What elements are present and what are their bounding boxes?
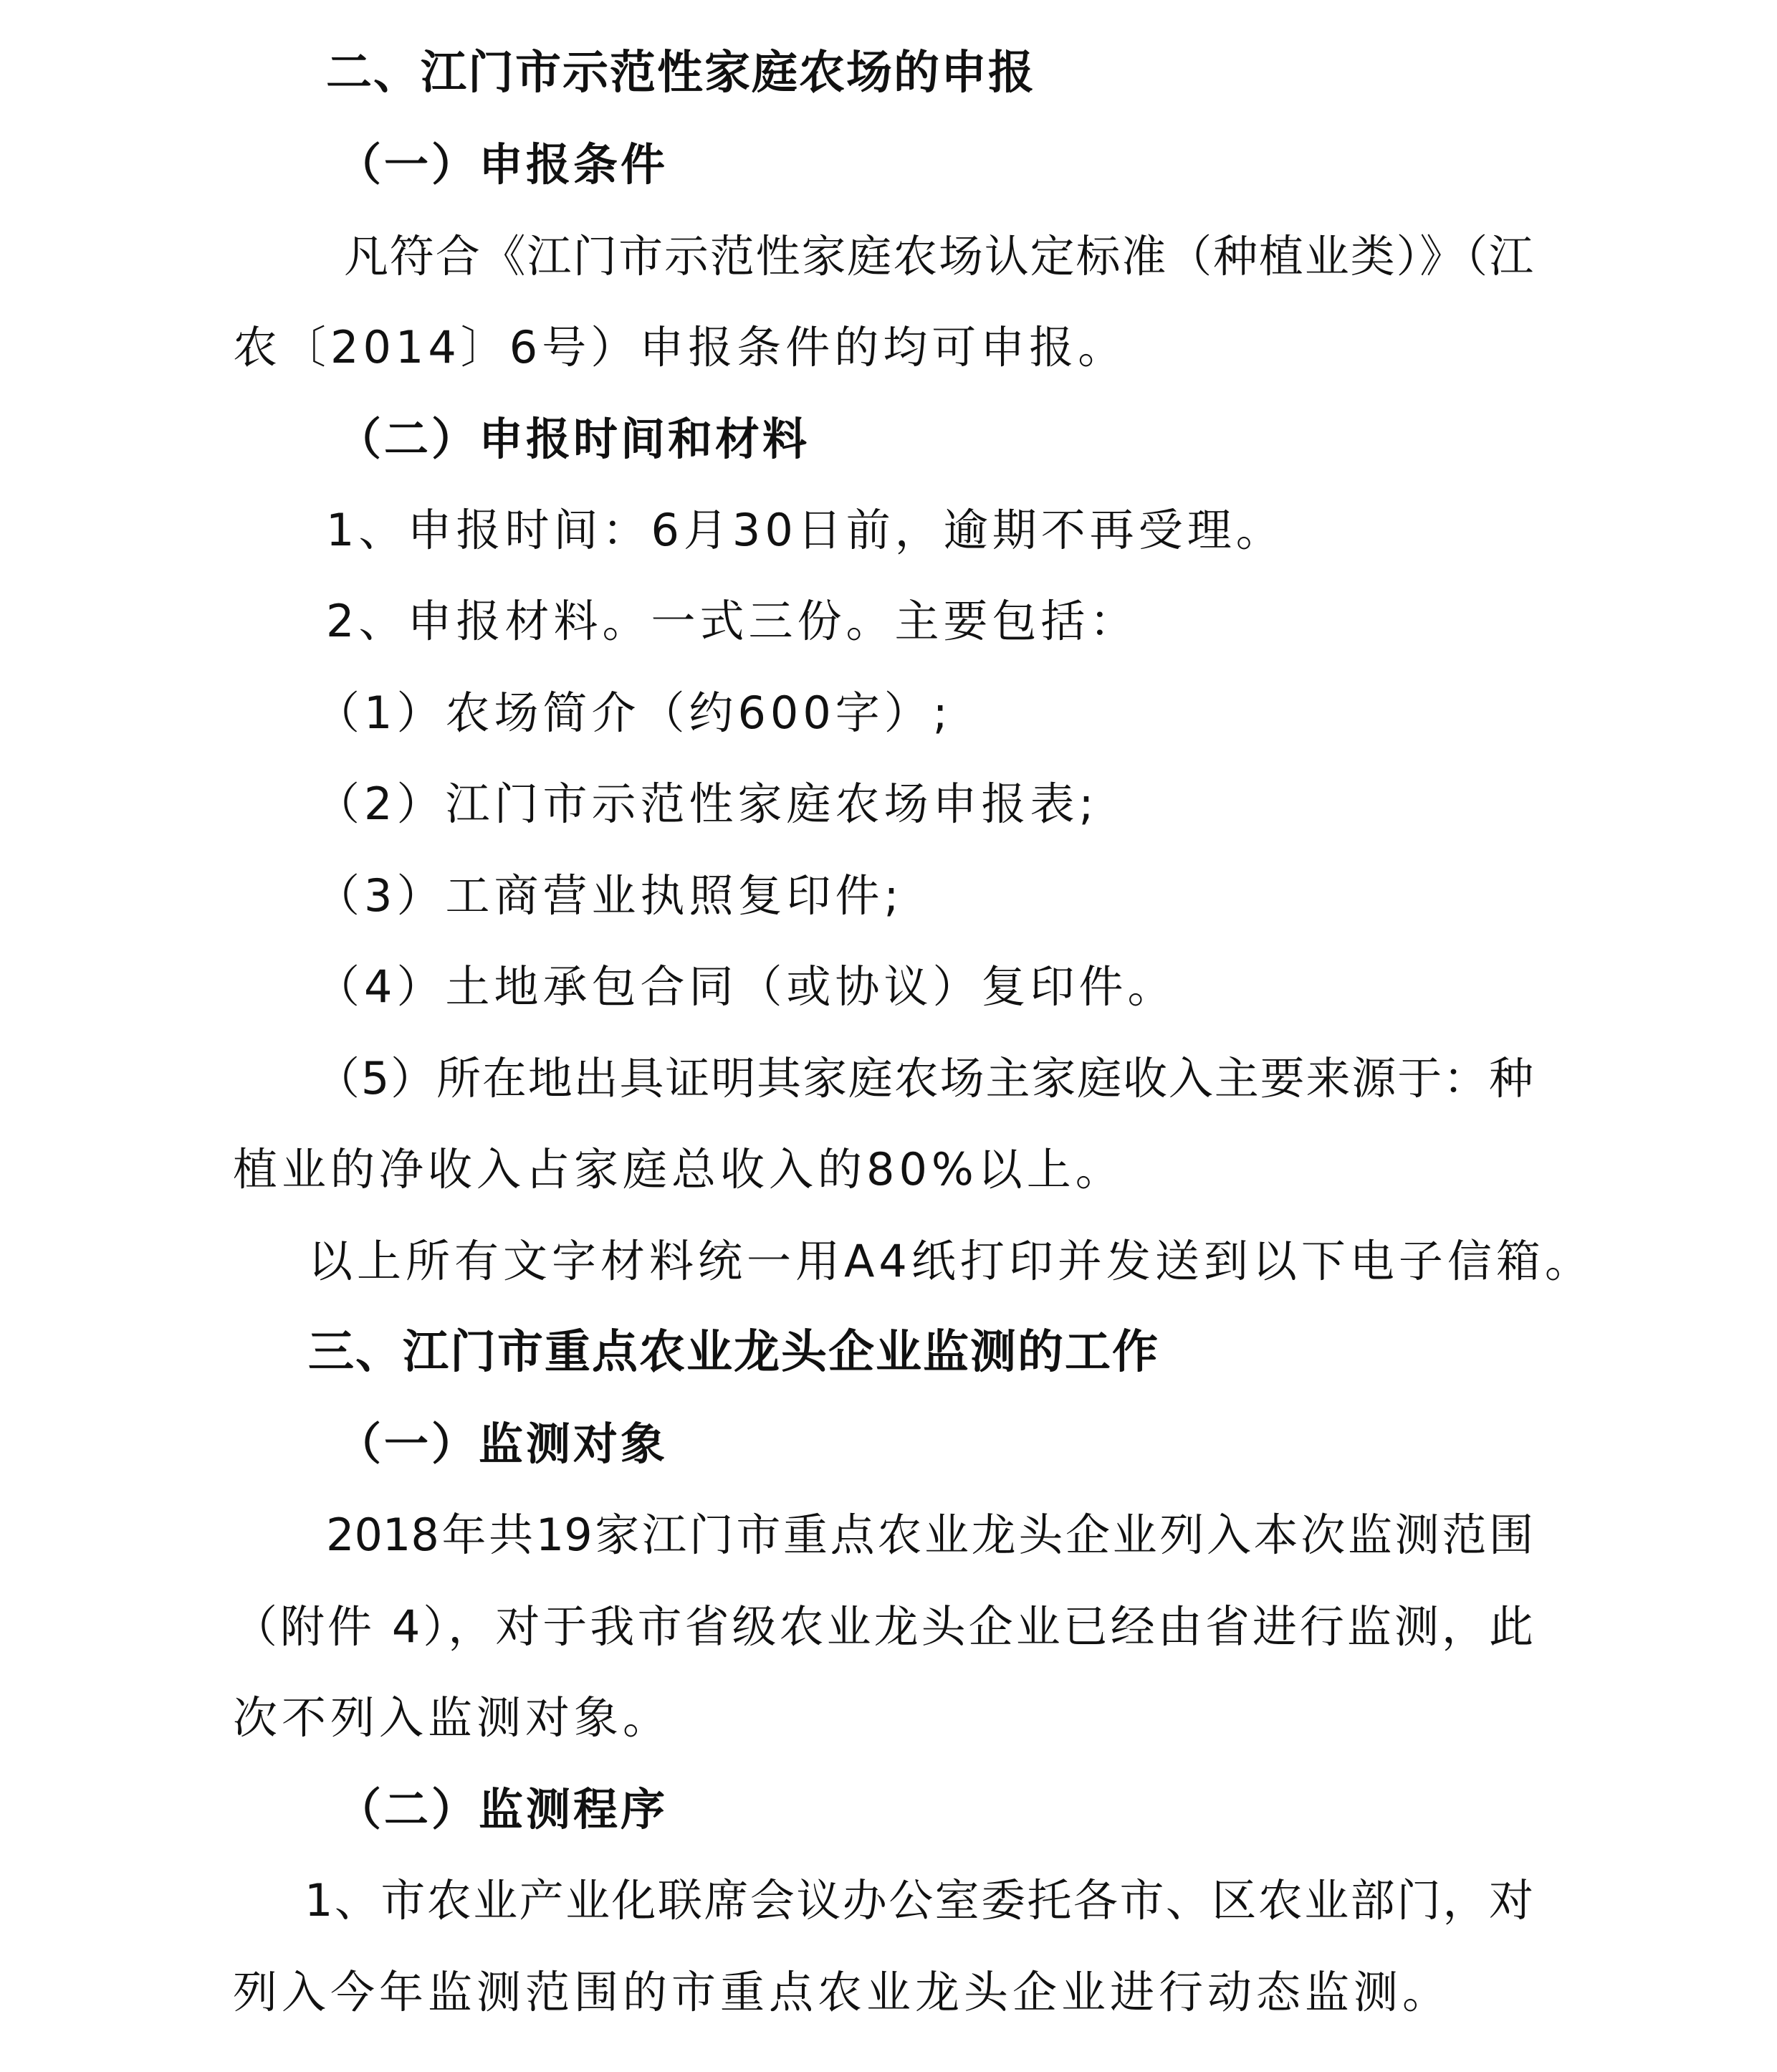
material-item: （1）农场简介（约600字）; — [315, 684, 952, 742]
section2-heading: 二、江门市示范性家庭农场的申报 — [326, 44, 1035, 102]
list-item: 1、申报时间：6月30日前，逾期不再受理。 — [326, 502, 1285, 559]
note-line: 以上所有文字材料统一用A4纸打印并发送到以下电子信箱。 — [308, 1233, 1594, 1290]
material-item: （5）所在地出具证明其家庭农场主家庭收入主要来源于：种 — [315, 1050, 1533, 1107]
paragraph-line: 1、市农业产业化联席会议办公室委托各市、区农业部门，对 — [305, 1872, 1533, 1929]
paragraph-line: 列入今年监测范围的市重点农业龙头企业进行动态监测。 — [233, 1964, 1451, 2021]
section3-heading: 三、江门市重点农业龙头企业监测的工作 — [308, 1324, 1159, 1381]
list-item: 2、申报材料。一式三份。主要包括： — [326, 593, 1138, 650]
section2-sub2-heading: （二）申报时间和材料 — [337, 411, 810, 468]
paragraph-line: （附件 4），对于我市省级农业龙头企业已经由省进行监测，此 — [233, 1598, 1533, 1656]
material-item: （4）土地承包合同（或协议）复印件。 — [315, 958, 1176, 1016]
section2-sub1-heading: （一）申报条件 — [337, 136, 668, 194]
section3-sub2-heading: （二）监测程序 — [337, 1781, 668, 1838]
material-item: （2）江门市示范性家庭农场申报表; — [315, 775, 1098, 833]
paragraph-line: 凡符合《江门市示范性家庭农场认定标准（种植业类）》（江 — [344, 228, 1533, 285]
paragraph-line: 植业的净收入占家庭总收入的80%以上。 — [233, 1141, 1124, 1198]
paragraph-line: 2018年共19家江门市重点农业龙头企业列入本次监测范围 — [326, 1507, 1533, 1564]
paragraph-line: 农〔2014〕6号）申报条件的均可申报。 — [233, 319, 1126, 376]
paragraph-line: 次不列入监测对象。 — [233, 1689, 671, 1747]
material-item: （3）工商营业执照复印件; — [315, 867, 903, 925]
section3-sub1-heading: （一）监测对象 — [337, 1415, 668, 1473]
